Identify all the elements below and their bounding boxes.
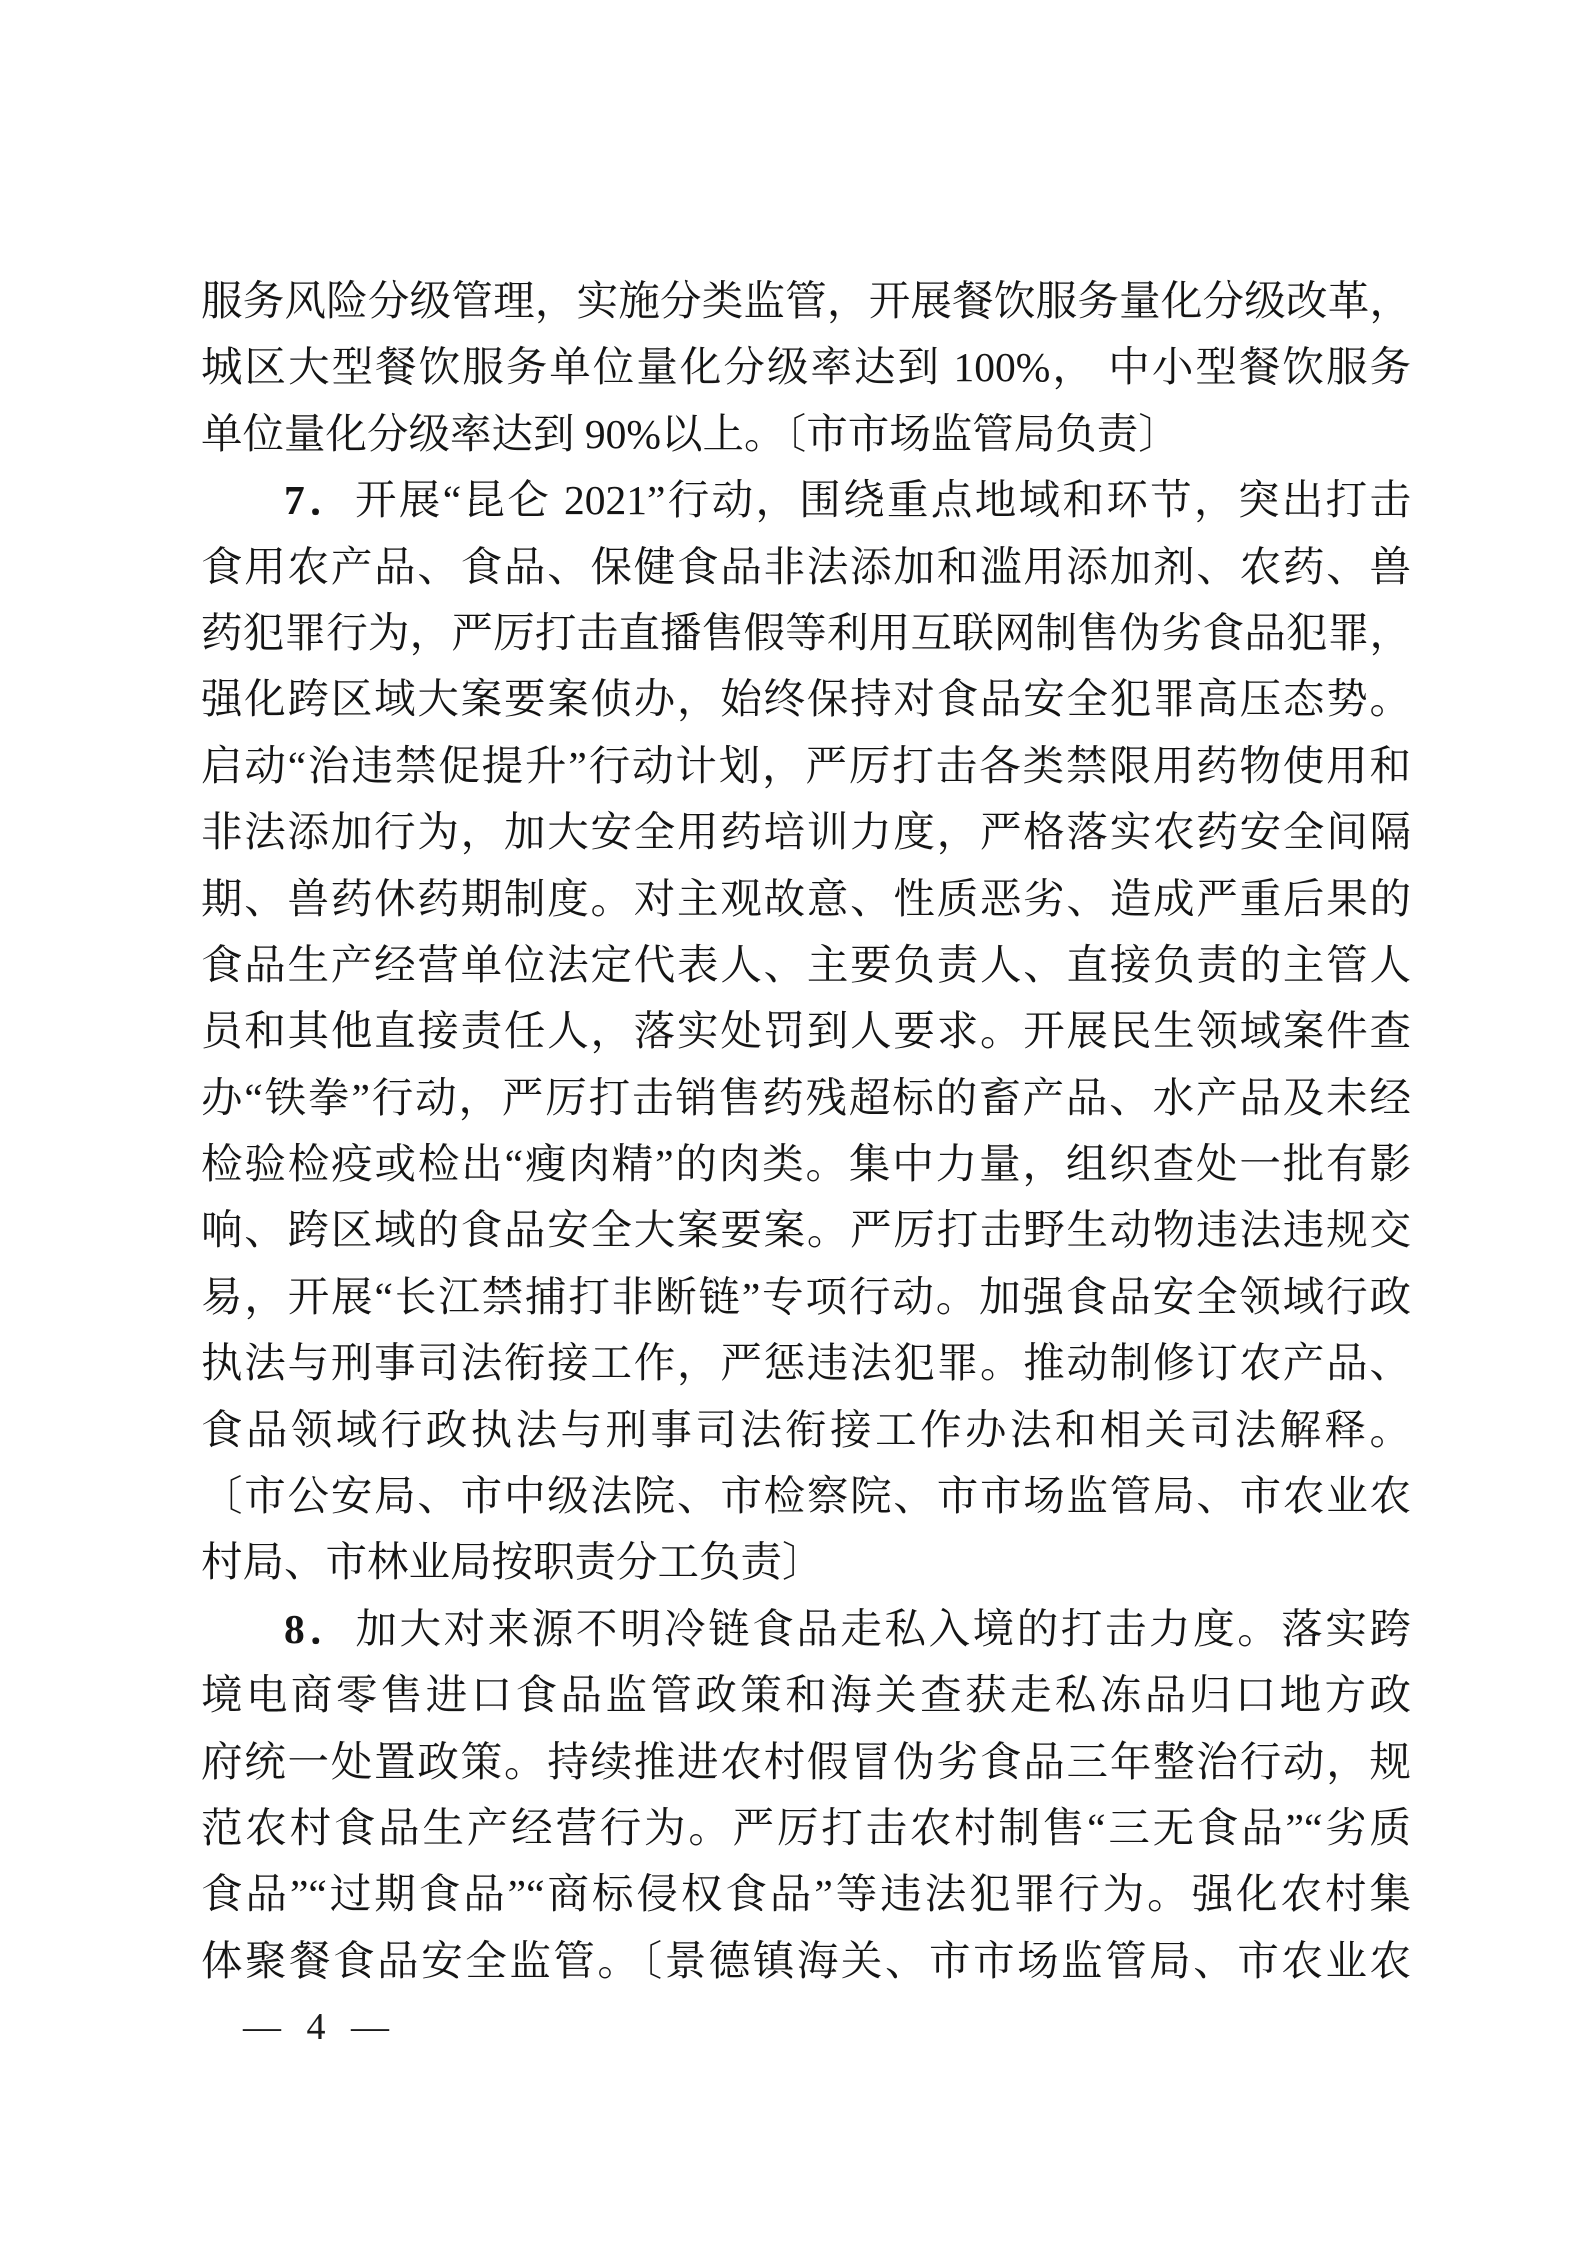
text-line: 城区大型餐饮服务单位量化分级率达到 100%， 中小型餐饮服务 [201, 334, 1411, 400]
text-line: 府统一处置政策。持续推进农村假冒伪劣食品三年整治行动，规 [201, 1729, 1411, 1795]
text-line: 食品生产经营单位法定代表人、主要负责人、直接负责的主管人 [201, 932, 1411, 998]
text-line: 执法与刑事司法衔接工作，严惩违法犯罪。推动制修订农产品、 [201, 1330, 1411, 1396]
text-line: 启动“治违禁促提升”行动计划，严厉打击各类禁限用药物使用和 [201, 733, 1411, 799]
text-line: 单位量化分级率达到 90%以上。〔市市场监管局负责〕 [201, 401, 1411, 467]
text-line: 药犯罪行为，严厉打击直播售假等利用互联网制售伪劣食品犯罪， [201, 600, 1411, 666]
document-page: 服务风险分级管理，实施分类监管，开展餐饮服务量化分级改革，城区大型餐饮服务单位量… [0, 0, 1587, 2245]
text-line: 期、兽药休药期制度。对主观故意、性质恶劣、造成严重后果的 [201, 866, 1411, 932]
text-line: 村局、市林业局按职责分工负责〕 [201, 1529, 1411, 1595]
paragraph-number: 7． [284, 477, 355, 523]
text-line: 强化跨区域大案要案侦办，始终保持对食品安全犯罪高压态势。 [201, 666, 1411, 732]
paragraph-number: 8． [284, 1606, 355, 1652]
text-line: 体聚餐食品安全监管。〔景德镇海关、市市场监管局、市农业农 [201, 1928, 1411, 1994]
text-line: 食用农产品、食品、保健食品非法添加和滥用添加剂、农药、兽 [201, 534, 1411, 600]
text-block: 服务风险分级管理，实施分类监管，开展餐饮服务量化分级改革，城区大型餐饮服务单位量… [201, 268, 1411, 1994]
text-line: 办“铁拳”行动，严厉打击销售药残超标的畜产品、水产品及未经 [201, 1065, 1411, 1131]
text-line: 检验检疫或检出“瘦肉精”的肉类。集中力量，组织查处一批有影 [201, 1131, 1411, 1197]
text-line: 〔市公安局、市中级法院、市检察院、市市场监管局、市农业农 [201, 1463, 1411, 1529]
text-line: 员和其他直接责任人，落实处罚到人要求。开展民生领域案件查 [201, 998, 1411, 1064]
text-line: 非法添加行为，加大安全用药培训力度，严格落实农药安全间隔 [201, 799, 1411, 865]
text-line: 食品”“过期食品”“商标侵权食品”等违法犯罪行为。强化农村集 [201, 1861, 1411, 1927]
text-line: 境电商零售进口食品监管政策和海关查获走私冻品归口地方政 [201, 1662, 1411, 1728]
text-line: 响、跨区域的食品安全大案要案。严厉打击野生动物违法违规交 [201, 1197, 1411, 1263]
text-line: 8．加大对来源不明冷链食品走私入境的打击力度。落实跨 [201, 1596, 1411, 1662]
text-line: 7．开展“昆仑 2021”行动，围绕重点地域和环节，突出打击 [201, 467, 1411, 533]
text-line: 食品领域行政执法与刑事司法衔接工作办法和相关司法解释。 [201, 1397, 1411, 1463]
page-number: — 4 — [243, 2006, 389, 2048]
page-footer: — 4 — [243, 2005, 389, 2049]
text-line: 易，开展“长江禁捕打非断链”专项行动。加强食品安全领域行政 [201, 1264, 1411, 1330]
text-line: 范农村食品生产经营行为。严厉打击农村制售“三无食品”“劣质 [201, 1795, 1411, 1861]
text-line: 服务风险分级管理，实施分类监管，开展餐饮服务量化分级改革， [201, 268, 1411, 334]
